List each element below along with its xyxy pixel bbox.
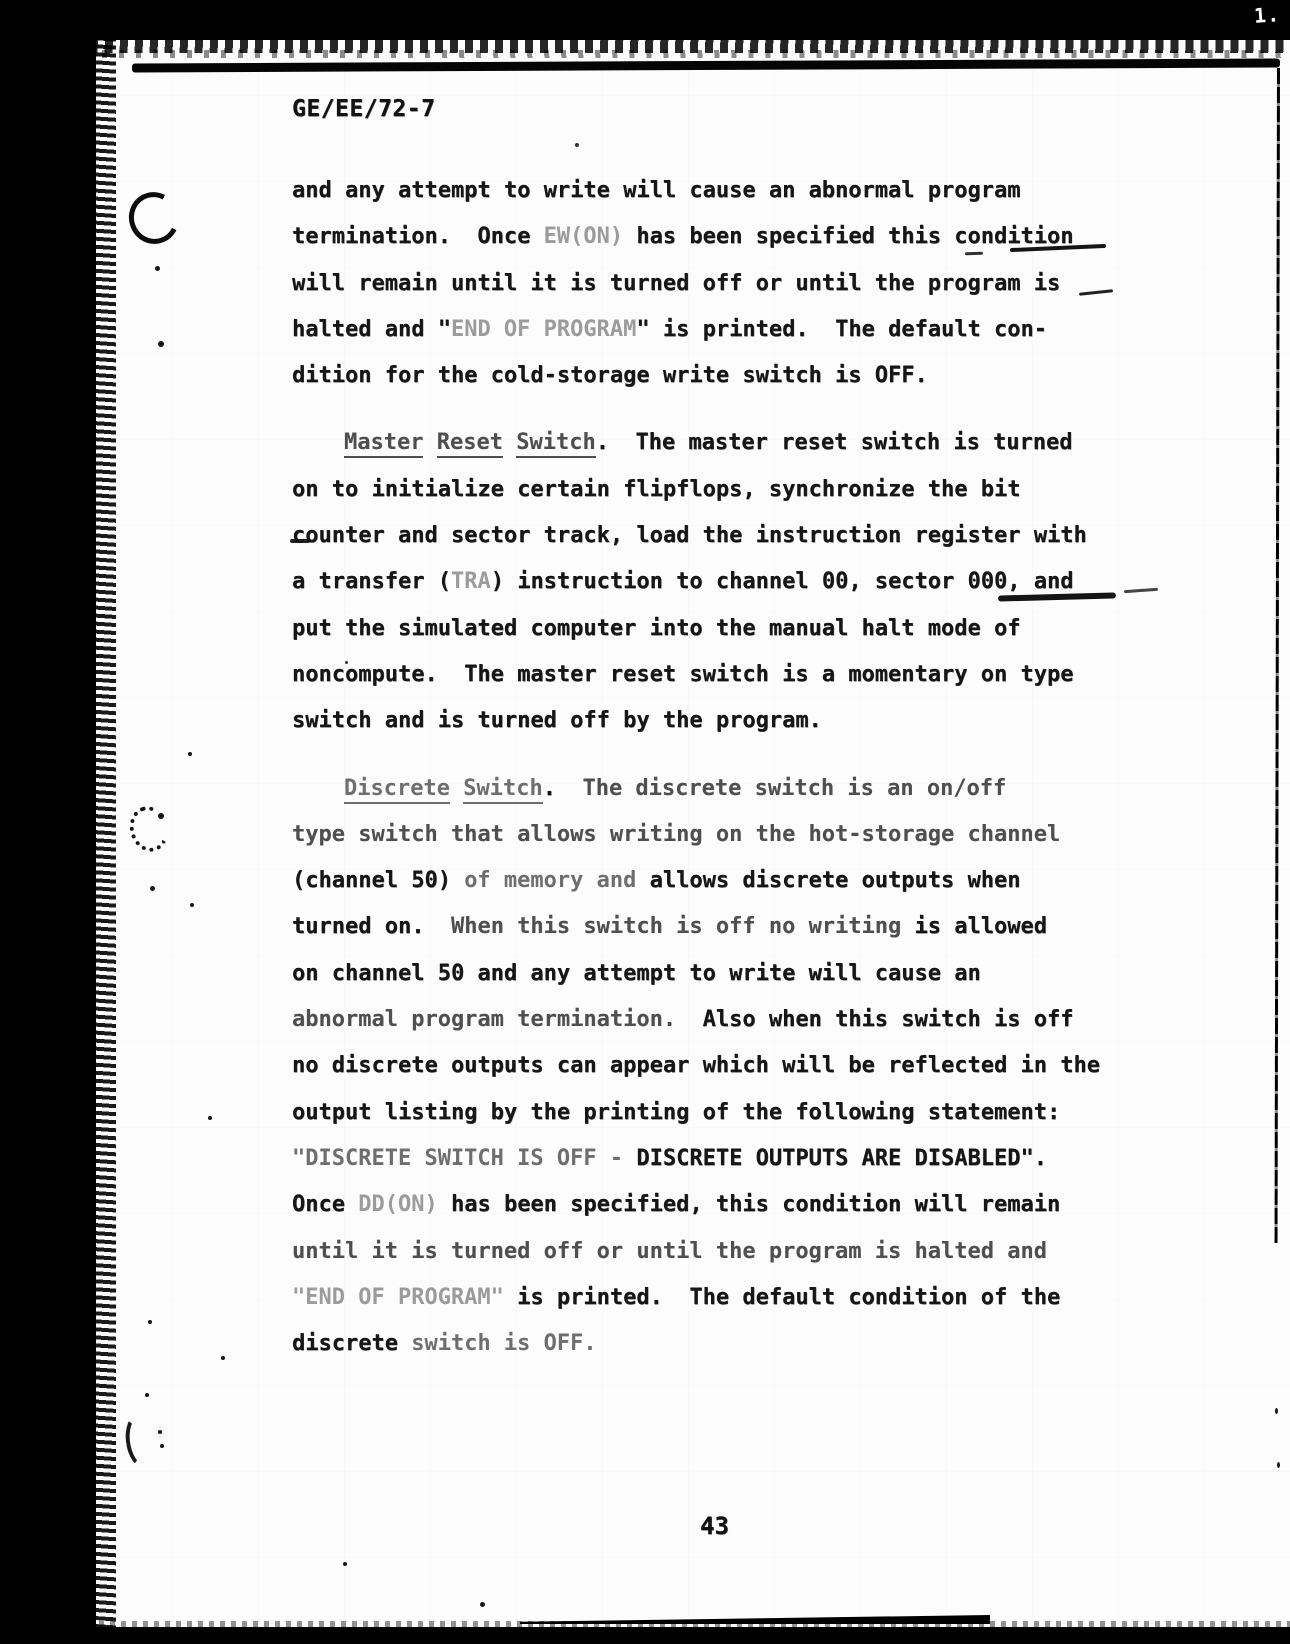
text-line: type switch that allows writing on the h… [292, 812, 1132, 858]
text-line: switch and is turned off by the program. [292, 698, 1132, 744]
corner-mark: 1. [1253, 2, 1281, 28]
text-line: "END OF PROGRAM" is printed. The default… [292, 1275, 1132, 1321]
text-line: Discrete Switch. The discrete switch is … [292, 766, 1132, 812]
scanned-page: 1. GE/EE/72-7 and any attempt to write w… [0, 0, 1290, 1644]
text-line: Once DD(ON) has been specified, this con… [292, 1182, 1132, 1228]
text-line: turned on. When this switch is off no wr… [292, 904, 1132, 950]
scan-speck [160, 1444, 164, 1448]
scan-speck [148, 1320, 152, 1324]
scan-edge-right [1275, 68, 1280, 1243]
scan-speck [158, 1430, 162, 1434]
scan-speck [1277, 1462, 1280, 1468]
text-line: Master Reset Switch. The master reset sw… [292, 420, 1132, 466]
paragraph: Discrete Switch. The discrete switch is … [292, 766, 1132, 1368]
scan-speck [343, 1562, 347, 1566]
text-line: and any attempt to write will cause an a… [292, 168, 1132, 214]
paragraph: Master Reset Switch. The master reset sw… [292, 420, 1132, 744]
text-line: halted and "END OF PROGRAM" is printed. … [292, 307, 1132, 353]
paragraph: and any attempt to write will cause an a… [292, 168, 1132, 399]
scan-border-top [0, 0, 1290, 40]
scan-speck [150, 886, 155, 891]
text-line: a transfer (TRA) instruction to channel … [292, 559, 1132, 605]
text-line: termination. Once EW(ON) has been specif… [292, 214, 1132, 260]
text-line: "DISCRETE SWITCH IS OFF - DISCRETE OUTPU… [292, 1136, 1132, 1182]
scan-speck [158, 813, 164, 819]
scan-speck [145, 1393, 149, 1397]
text-column: and any attempt to write will cause an a… [292, 168, 1132, 1388]
scan-speck [575, 143, 579, 147]
scan-border-bottom-fringe [520, 1615, 990, 1624]
scan-border-left [0, 0, 96, 1644]
scan-border-bottom [0, 1627, 1290, 1644]
text-line: dition for the cold-storage write switch… [292, 353, 1132, 399]
scan-speck [155, 266, 160, 271]
text-line: counter and sector track, load the instr… [292, 513, 1132, 559]
text-line: on to initialize certain flipflops, sync… [292, 467, 1132, 513]
scan-speck [158, 341, 164, 347]
text-line: will remain until it is turned off or un… [292, 261, 1132, 307]
pen-arc-mark [125, 802, 174, 856]
page-number: 43 [700, 1512, 729, 1540]
scan-speck [221, 1356, 225, 1360]
text-line: put the simulated computer into the manu… [292, 606, 1132, 652]
hole-punch-mark [122, 186, 186, 251]
text-line: (channel 50) of memory and allows discre… [292, 858, 1132, 904]
text-line: until it is turned off or until the prog… [292, 1229, 1132, 1275]
scan-speck [480, 1602, 485, 1607]
text-line: no discrete outputs can appear which wil… [292, 1043, 1132, 1089]
scan-speck [188, 752, 192, 756]
scan-speck [1275, 1408, 1278, 1414]
pen-arc-mark [122, 1412, 159, 1470]
scan-border-left-fringe [94, 0, 116, 1644]
scan-speck [208, 1116, 212, 1120]
scan-border-top-fringe [0, 50, 1290, 58]
text-line: on channel 50 and any attempt to write w… [292, 951, 1132, 997]
report-number: GE/EE/72-7 [292, 96, 435, 122]
text-line: output listing by the printing of the fo… [292, 1090, 1132, 1136]
top-rule-line [132, 58, 1280, 72]
text-line: noncompute. The master reset switch is a… [292, 652, 1132, 698]
text-line: discrete switch is OFF. [292, 1321, 1132, 1367]
text-line: abnormal program termination. Also when … [292, 997, 1132, 1043]
scan-speck [190, 903, 194, 907]
